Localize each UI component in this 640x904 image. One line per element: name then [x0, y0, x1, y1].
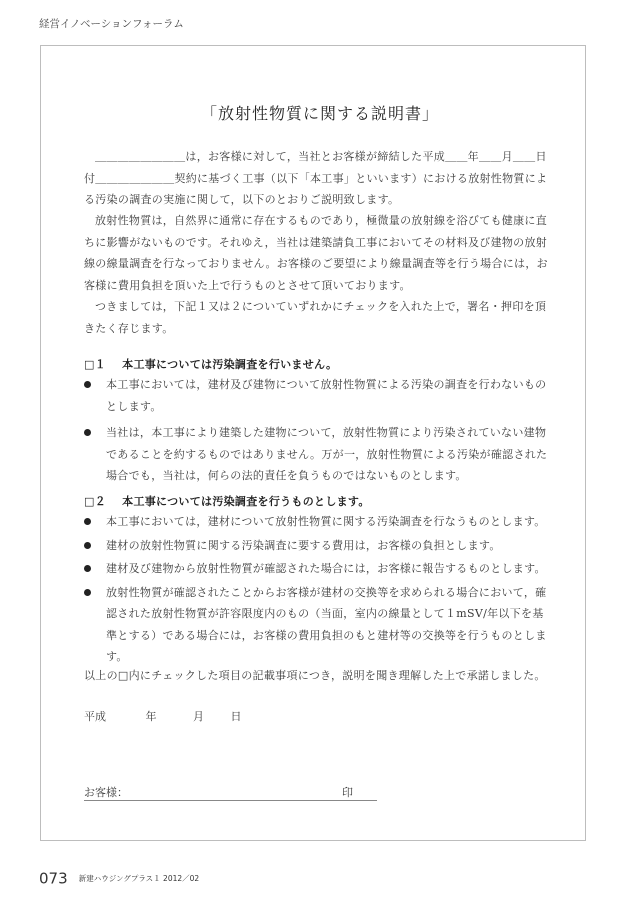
bullet-icon	[84, 565, 91, 572]
signature-label: お客様：	[84, 786, 128, 799]
customer-signature-field[interactable]: お客様： 印	[84, 784, 377, 801]
page-footer: 073 新建ハウジングプラス１ 2012／02	[39, 868, 199, 888]
bullet-icon	[84, 518, 91, 525]
date-day[interactable]: 日	[231, 708, 242, 724]
seal-label: 印	[342, 784, 353, 800]
date-month[interactable]: 月	[193, 708, 227, 724]
option-1-checkbox[interactable]: □１	[84, 358, 106, 371]
magazine-title: 新建ハウジングプラス１ 2012／02	[79, 874, 199, 883]
date-line: 平成 年 月 日	[84, 708, 242, 724]
bullet-icon	[84, 542, 91, 549]
option-1-bullets: 本工事においては，建材及び建物について放射性物質による汚染の調査を行わないものと…	[84, 374, 554, 492]
option-2-checkbox[interactable]: □２	[84, 495, 106, 508]
option-1-heading-text: 本工事については汚染調査を行いません。	[122, 358, 337, 371]
acknowledgement-text: 以上の□内にチェックした項目の記載事項につき，説明を聞き理解した上で承諾しました…	[84, 665, 554, 687]
list-item: 本工事においては，建材及び建物について放射性物質による汚染の調査を行わないものと…	[84, 374, 554, 417]
bullet-icon	[84, 429, 91, 436]
date-year[interactable]: 年	[146, 708, 190, 724]
list-item: 建材及び建物から放射性物質が確認された場合には，お客様に報告するものとします。	[84, 558, 554, 580]
bullet-icon	[84, 589, 91, 596]
date-era: 平成	[84, 708, 142, 724]
section-title: 経営イノベーションフォーラム	[39, 16, 184, 31]
bullet-icon	[84, 381, 91, 388]
option-2-bullets: 本工事においては，建材について放射性物質に関する汚染調査を行なうものとします。 …	[84, 511, 554, 673]
list-item: 建材の放射性物質に関する汚染調査に要する費用は，お客様の負担とします。	[84, 535, 554, 557]
page-number: 073	[39, 870, 68, 888]
option-1-heading: □１ 本工事については汚染調査を行いません。	[84, 356, 337, 372]
list-item: 当社は，本工事により建築した建物について，放射性物質により汚染されていない建物で…	[84, 422, 554, 487]
document-title: 「放射性物質に関する説明書」	[0, 101, 640, 124]
paragraph-radioactive-materials: 放射性物質は，自然界に通常に存在するものであり，極微量の放射線を浴びても健康に直…	[84, 210, 554, 296]
paragraph-check-instruction: つきましては，下記１又は２についていずれかにチェックを入れた上で，署名・押印を頂…	[84, 296, 554, 339]
option-2-heading: □２ 本工事については汚染調査を行うものとします。	[84, 493, 370, 509]
list-item: 本工事においては，建材について放射性物質に関する汚染調査を行なうものとします。	[84, 511, 554, 533]
list-item: 放射性物質が確認されたことからお客様が建材の交換等を求められる場合において，確認…	[84, 582, 554, 668]
intro-paragraph: ＿＿＿＿＿＿＿＿は，お客様に対して，当社とお客様が締結した平成＿＿年＿＿月＿＿日…	[84, 146, 554, 211]
option-2-heading-text: 本工事については汚染調査を行うものとします。	[122, 495, 370, 508]
